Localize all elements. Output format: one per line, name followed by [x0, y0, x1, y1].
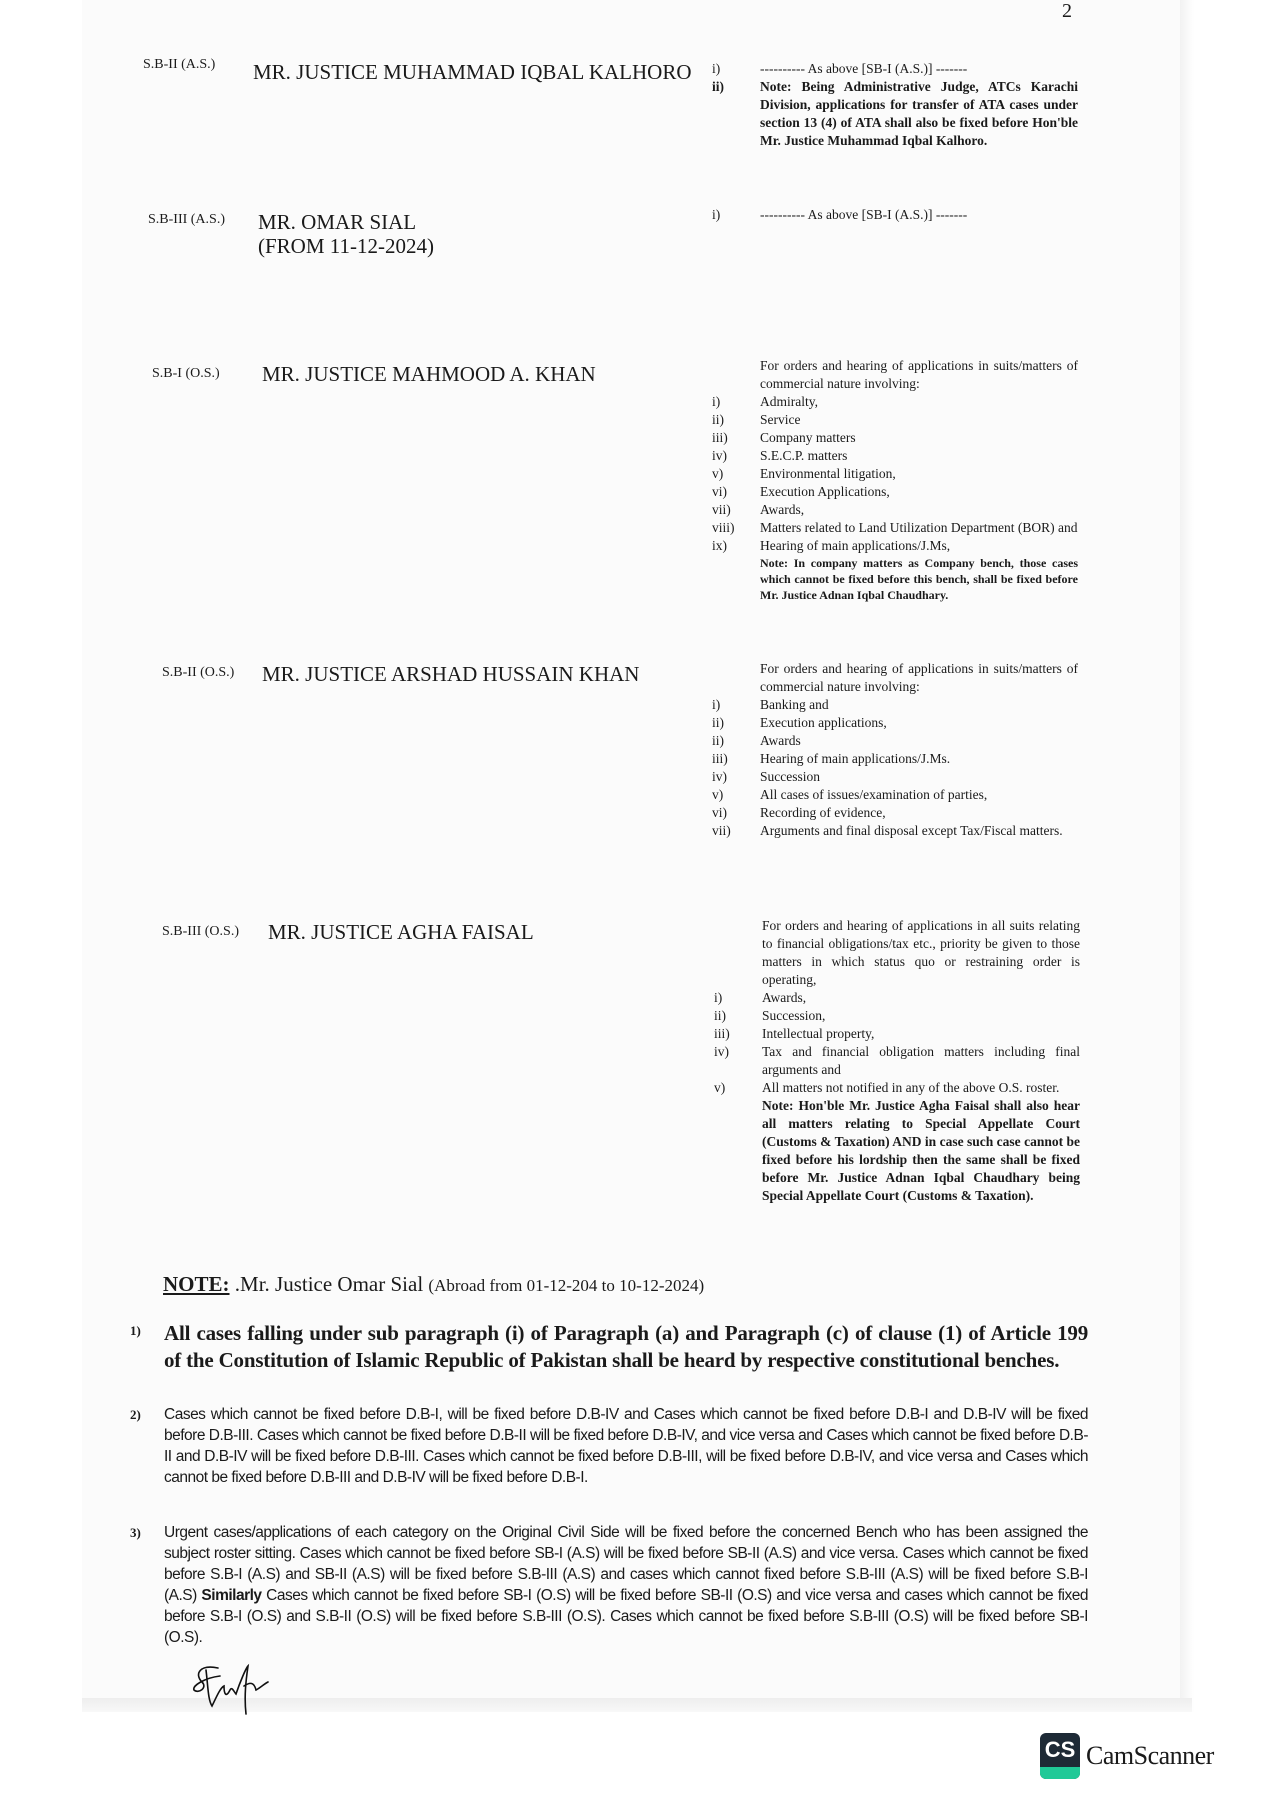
item-text: Awards — [760, 732, 801, 750]
item-number: v) — [712, 786, 760, 804]
note-heading: NOTE: .Mr. Justice Omar Sial (Abroad fro… — [163, 1272, 704, 1297]
page-number: 2 — [1062, 0, 1072, 23]
item-text: ---------- As above [SB-I (A.S.)] ------… — [760, 206, 967, 224]
item-number: v) — [714, 1079, 762, 1097]
item-number: iii) — [714, 1025, 762, 1043]
item-text: Company matters — [760, 429, 856, 447]
paragraph-number: 3) — [130, 1522, 164, 1648]
item-text: Execution applications, — [760, 714, 887, 732]
item-text: Succession, — [762, 1007, 825, 1025]
item-number: i) — [712, 696, 760, 714]
item-text: Succession — [760, 768, 820, 786]
item-number: ii) — [712, 411, 760, 429]
bench-jurisdiction: For orders and hearing of applications i… — [760, 660, 1078, 840]
bench-code: S.B-III (O.S.) — [162, 924, 239, 940]
paragraph-number: 1) — [130, 1320, 164, 1374]
item-number: ii) — [712, 714, 760, 732]
paragraph-2: 2) Cases which cannot be fixed before D.… — [130, 1404, 1088, 1488]
bench-code: S.B-II (O.S.) — [162, 665, 234, 681]
judge-name-line: MR. OMAR SIAL — [258, 210, 434, 234]
judge-name: MR. JUSTICE AGHA FAISAL — [268, 920, 534, 944]
item-number: ii) — [714, 1007, 762, 1025]
item-text: Service — [760, 411, 800, 429]
item-number: i) — [712, 393, 760, 411]
item-number: ix) — [712, 537, 760, 555]
camscanner-badge-text: CS — [1040, 1737, 1080, 1763]
item-text: Hearing of main applications/J.Ms, — [760, 537, 950, 555]
jurisdiction-intro: For orders and hearing of applications i… — [760, 357, 1078, 393]
bench-jurisdiction: i)---------- As above [SB-I (A.S.)] ----… — [760, 60, 1078, 150]
item-text: All cases of issues/examination of parti… — [760, 786, 987, 804]
jurisdiction-intro: For orders and hearing of applications i… — [760, 660, 1078, 696]
paragraph-text-part: Cases which cannot be fixed before SB-I … — [164, 1587, 1088, 1646]
item-text: Environmental litigation, — [760, 465, 896, 483]
item-text: Tax and financial obligation matters inc… — [762, 1043, 1080, 1079]
judge-name: MR. OMAR SIAL (FROM 11-12-2024) — [258, 210, 434, 258]
bench-code: S.B-I (O.S.) — [152, 366, 220, 382]
paragraph-1: 1) All cases falling under sub paragraph… — [130, 1320, 1088, 1374]
item-number: i) — [712, 206, 760, 224]
item-number: iii) — [712, 429, 760, 447]
bench-jurisdiction: For orders and hearing of applications i… — [762, 917, 1080, 1205]
camscanner-logo-icon: CS — [1040, 1733, 1080, 1779]
item-text: Hearing of main applications/J.Ms. — [760, 750, 950, 768]
item-text: Banking and — [760, 696, 829, 714]
item-number: vii) — [712, 822, 760, 840]
item-text: S.E.C.P. matters — [760, 447, 847, 465]
item-number: vi) — [712, 483, 760, 501]
item-text: ---------- As above [SB-I (A.S.)] ------… — [760, 60, 967, 78]
judge-name: MR. JUSTICE MUHAMMAD IQBAL KALHORO — [253, 60, 692, 84]
item-text: Intellectual property, — [762, 1025, 874, 1043]
item-text: Awards, — [762, 989, 806, 1007]
bench-jurisdiction: i)---------- As above [SB-I (A.S.)] ----… — [760, 206, 1078, 224]
note-detail: (Abroad from 01-12-204 to 10-12-2024) — [428, 1276, 704, 1295]
paragraph-text: Urgent cases/applications of each catego… — [164, 1522, 1088, 1648]
item-text: Admiralty, — [760, 393, 818, 411]
item-text: Note: Being Administrative Judge, ATCs K… — [760, 78, 1078, 150]
item-text: Recording of evidence, — [760, 804, 886, 822]
judge-name: MR. JUSTICE MAHMOOD A. KHAN — [262, 362, 596, 386]
camscanner-text: CamScanner — [1086, 1741, 1214, 1771]
bench-code: S.B-III (A.S.) — [148, 212, 225, 228]
item-number: ii) — [712, 732, 760, 750]
signature-scribble-icon — [190, 1660, 300, 1720]
item-text: Awards, — [760, 501, 804, 519]
item-number: iv) — [712, 768, 760, 786]
item-number: ii) — [712, 78, 760, 150]
item-number: vii) — [712, 501, 760, 519]
item-number: v) — [712, 465, 760, 483]
signature — [190, 1660, 300, 1725]
item-number: i) — [712, 60, 760, 78]
item-text: Execution Applications, — [760, 483, 890, 501]
camscanner-watermark: CS CamScanner — [1040, 1733, 1214, 1779]
item-text: Arguments and final disposal except Tax/… — [760, 822, 1063, 840]
jurisdiction-intro: For orders and hearing of applications i… — [762, 917, 1080, 989]
paragraph-text-emphasis: Similarly — [201, 1587, 261, 1604]
judge-name: MR. JUSTICE ARSHAD HUSSAIN KHAN — [262, 662, 639, 686]
item-number: iv) — [712, 447, 760, 465]
item-number: viii) — [712, 519, 760, 537]
page-edge-shadow — [1180, 0, 1194, 1712]
note-text: .Mr. Justice Omar Sial — [235, 1272, 423, 1296]
bench-note: Note: In company matters as Company benc… — [760, 555, 1078, 603]
paragraph-3: 3) Urgent cases/applications of each cat… — [130, 1522, 1088, 1648]
bench-jurisdiction: For orders and hearing of applications i… — [760, 357, 1078, 603]
paragraph-number: 2) — [130, 1404, 164, 1488]
item-text: Matters related to Land Utilization Depa… — [760, 519, 1078, 537]
note-label: NOTE: — [163, 1272, 230, 1296]
item-number: vi) — [712, 804, 760, 822]
item-number: iv) — [714, 1043, 762, 1079]
paragraph-text: All cases falling under sub paragraph (i… — [164, 1320, 1088, 1374]
item-text: All matters not notified in any of the a… — [762, 1079, 1059, 1097]
bench-code: S.B-II (A.S.) — [143, 57, 215, 73]
bench-note: Note: Hon'ble Mr. Justice Agha Faisal sh… — [762, 1097, 1080, 1205]
item-number: i) — [714, 989, 762, 1007]
item-number: iii) — [712, 750, 760, 768]
paragraph-text: Cases which cannot be fixed before D.B-I… — [164, 1404, 1088, 1488]
judge-date-line: (FROM 11-12-2024) — [258, 234, 434, 258]
